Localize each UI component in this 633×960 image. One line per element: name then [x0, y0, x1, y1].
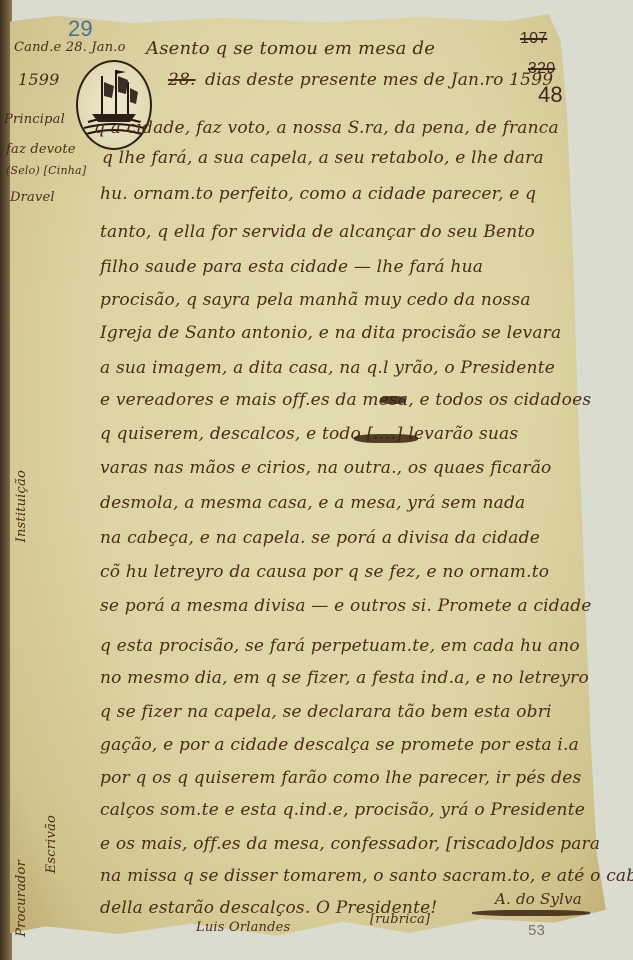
signature-3: A. do Sylva [495, 890, 582, 908]
margin-date: Cand.e 28. Jan.o [14, 40, 126, 55]
body-line: q esta procisão, se fará perpetuam.te, e… [100, 636, 580, 656]
pencil-folio-number: 29 [68, 16, 93, 42]
body-line: procisão, q sayra pela manhã muy cedo da… [100, 290, 531, 310]
struck-folio-number-1: 107 [520, 30, 547, 48]
ink-strikeout [380, 396, 406, 404]
signature-1: Luis Orlandes [196, 920, 290, 935]
margin-vertical-signature-1: Escrivão [44, 815, 59, 873]
body-line: q a cidade, faz voto, a nossa S.ra, da p… [94, 118, 559, 138]
body-line: q quiserem, descalcos, e todo [....] lev… [100, 424, 518, 444]
body-line: e os mais, off.es da mesa, confessador, … [100, 834, 600, 854]
body-line: filho saude para esta cidade — lhe fará … [100, 257, 483, 277]
signature-underline [472, 910, 590, 916]
body-line: gação, e por a cidade descalça se promet… [100, 735, 579, 755]
margin-note-3: (Selo) [Cinha] [6, 164, 86, 177]
body-line: por q os q quiserem farão como lhe parec… [100, 768, 581, 788]
body-line: cõ hu letreyro da causa por q se fez, e … [100, 562, 549, 582]
body-line: desmola, a mesma casa, e a mesa, yrá sem… [100, 493, 525, 513]
body-line: na cabeça, e na capela. se porá a divisa… [100, 528, 540, 548]
signature-2: [rubrica] [370, 912, 430, 927]
body-line: tanto, q ella for servida de alcançar do… [100, 222, 535, 242]
body-line: a sua imagem, a dita casa, na q.l yrão, … [100, 358, 555, 378]
body-line: calços som.te e esta q.ind.e, procisão, … [100, 800, 585, 820]
body-line: e vereadores e mais off.es da mesa, e to… [100, 390, 591, 410]
margin-year: 1599 [18, 70, 60, 89]
body-line: q lhe fará, a sua capela, a seu retabolo… [102, 148, 544, 168]
margin-note-1: Principal [4, 112, 65, 127]
margin-vertical-note: Instituição [14, 470, 29, 542]
body-line: varas nas mãos e cirios, na outra., os q… [100, 458, 552, 478]
margin-note-4: Dravel [10, 190, 55, 205]
ink-strikeout [354, 434, 418, 443]
margin-vertical-signature-2: Procurador [14, 860, 29, 937]
archive-stamp-number: 53 [528, 922, 545, 939]
body-line: q se fizer na capela, se declarara tão b… [100, 702, 552, 722]
body-line: no mesmo dia, em q se fizer, a festa ind… [100, 668, 589, 688]
heading-line-2: dias deste presente mes de Jan.ro 1599 [205, 70, 553, 90]
body-line: Igreja de Santo antonio, e na dita proci… [100, 323, 561, 343]
heading-day: 28. [168, 70, 196, 90]
body-line: na missa q se disser tomarem, o santo sa… [100, 866, 633, 886]
body-line: se porá a mesma divisa — e outros si. Pr… [100, 596, 592, 616]
body-line: hu. ornam.to perfeito, como a cidade par… [100, 184, 536, 204]
margin-note-2: faz devote [6, 142, 76, 157]
heading-line-1: Asento q se tomou em mesa de [146, 38, 435, 59]
